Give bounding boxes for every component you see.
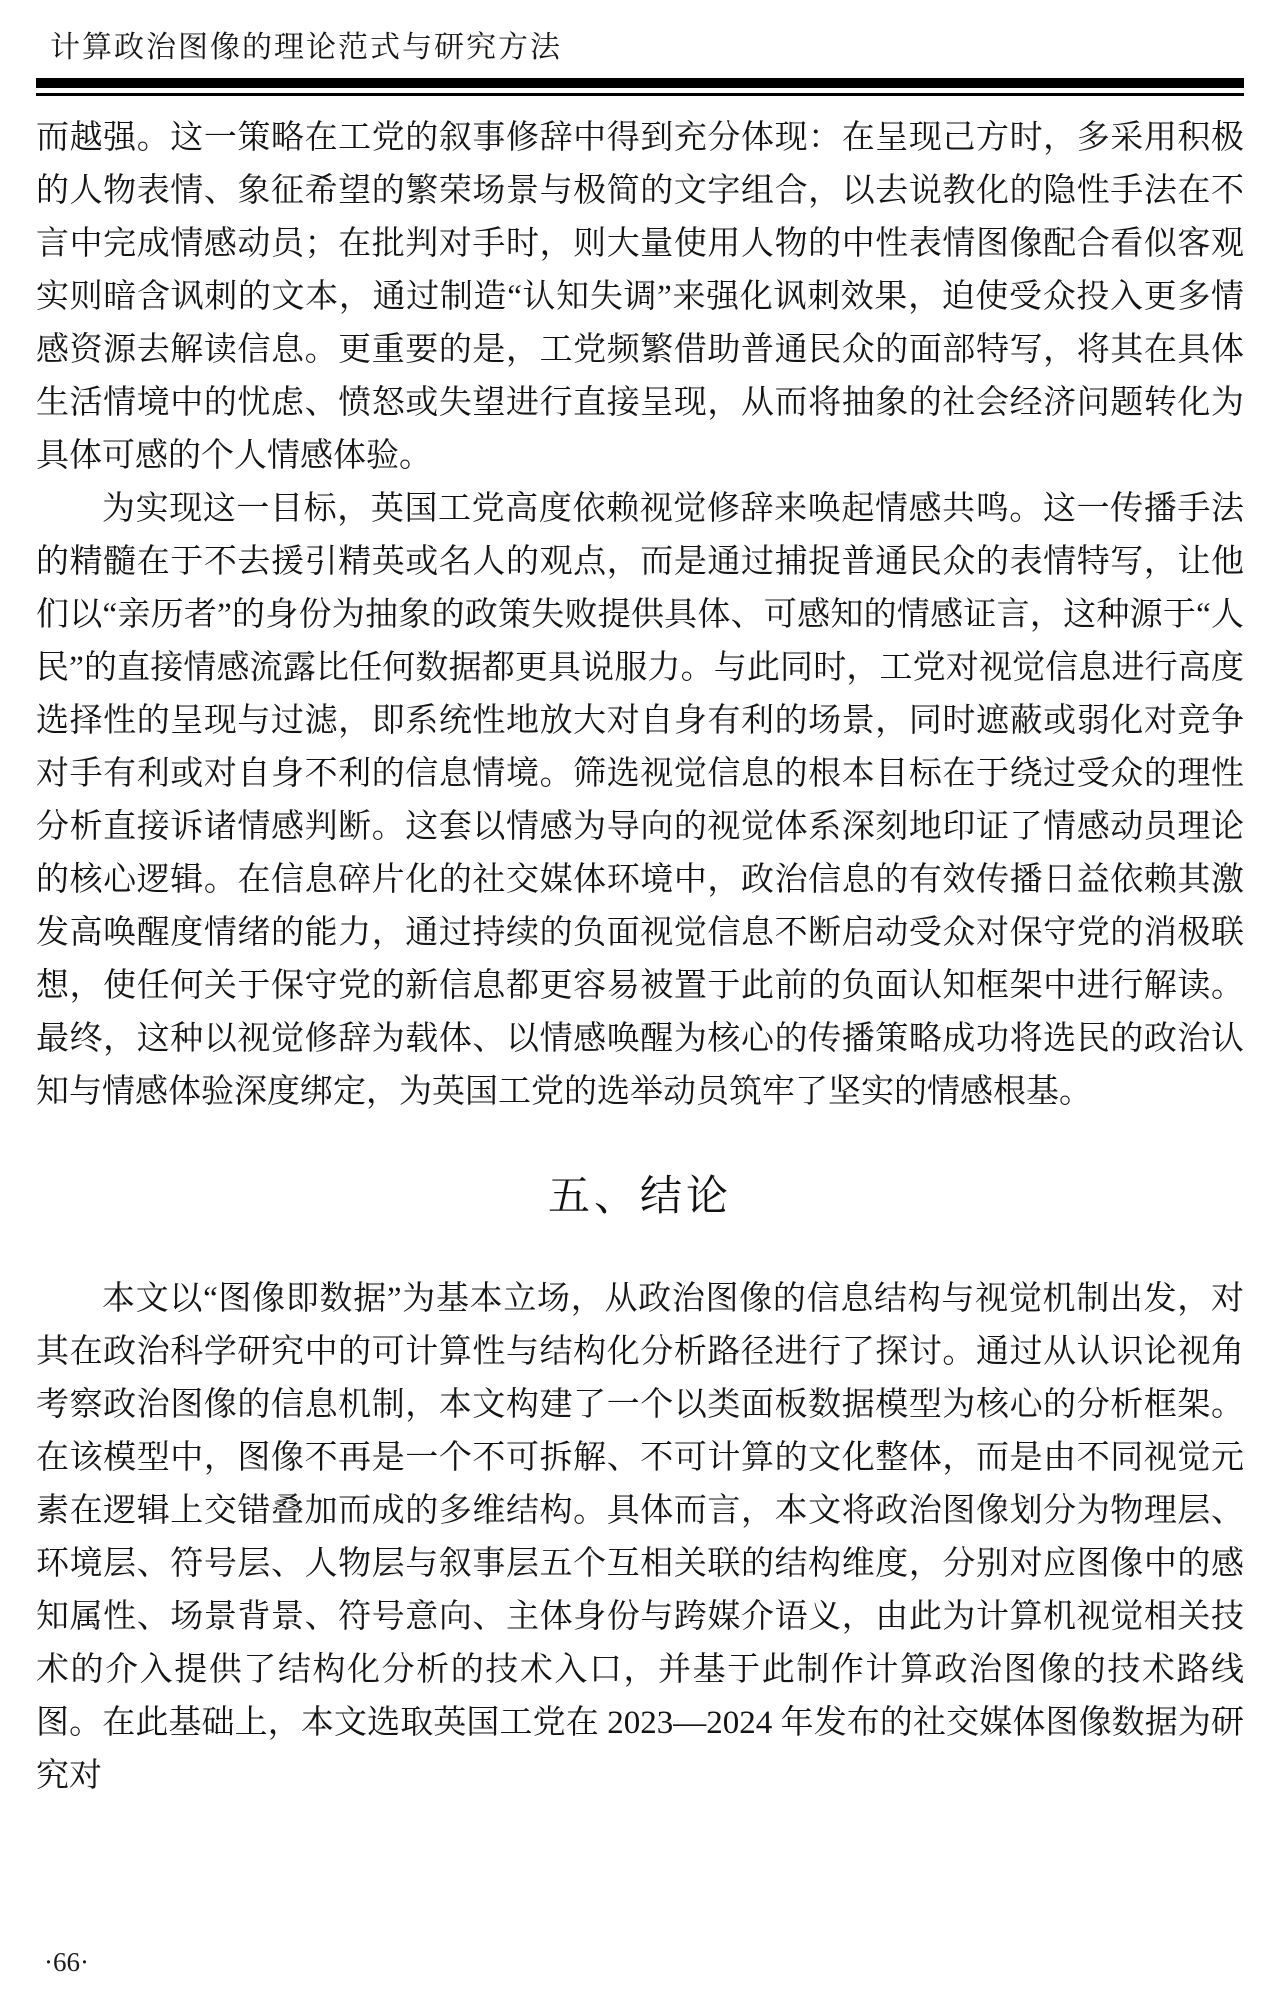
paragraph-emotional-mobilization: 为实现这一目标，英国工党高度依赖视觉修辞来唤起情感共鸣。这一传播手法的精髓在于不…: [36, 483, 1244, 1119]
page-header: 计算政治图像的理论范式与研究方法: [36, 26, 1244, 96]
header-rule-thin: [36, 93, 1244, 96]
paragraph-continuation: 而越强。这一策略在工党的叙事修辞中得到充分体现：在呈现己方时，多采用积极的人物表…: [36, 112, 1244, 483]
journal-page: 计算政治图像的理论范式与研究方法 而越强。这一策略在工党的叙事修辞中得到充分体现…: [0, 0, 1280, 2002]
header-rule-thick: [36, 78, 1244, 88]
section-heading-conclusion: 五、结论: [36, 1169, 1244, 1225]
running-head-title: 计算政治图像的理论范式与研究方法: [36, 26, 1244, 70]
paragraph-conclusion: 本文以“图像即数据”为基本立场，从政治图像的信息结构与视觉机制出发，对其在政治科…: [36, 1273, 1244, 1803]
article-body: 而越强。这一策略在工党的叙事修辞中得到充分体现：在呈现己方时，多采用积极的人物表…: [36, 112, 1244, 1803]
page-number: ·66·: [44, 1946, 89, 1978]
